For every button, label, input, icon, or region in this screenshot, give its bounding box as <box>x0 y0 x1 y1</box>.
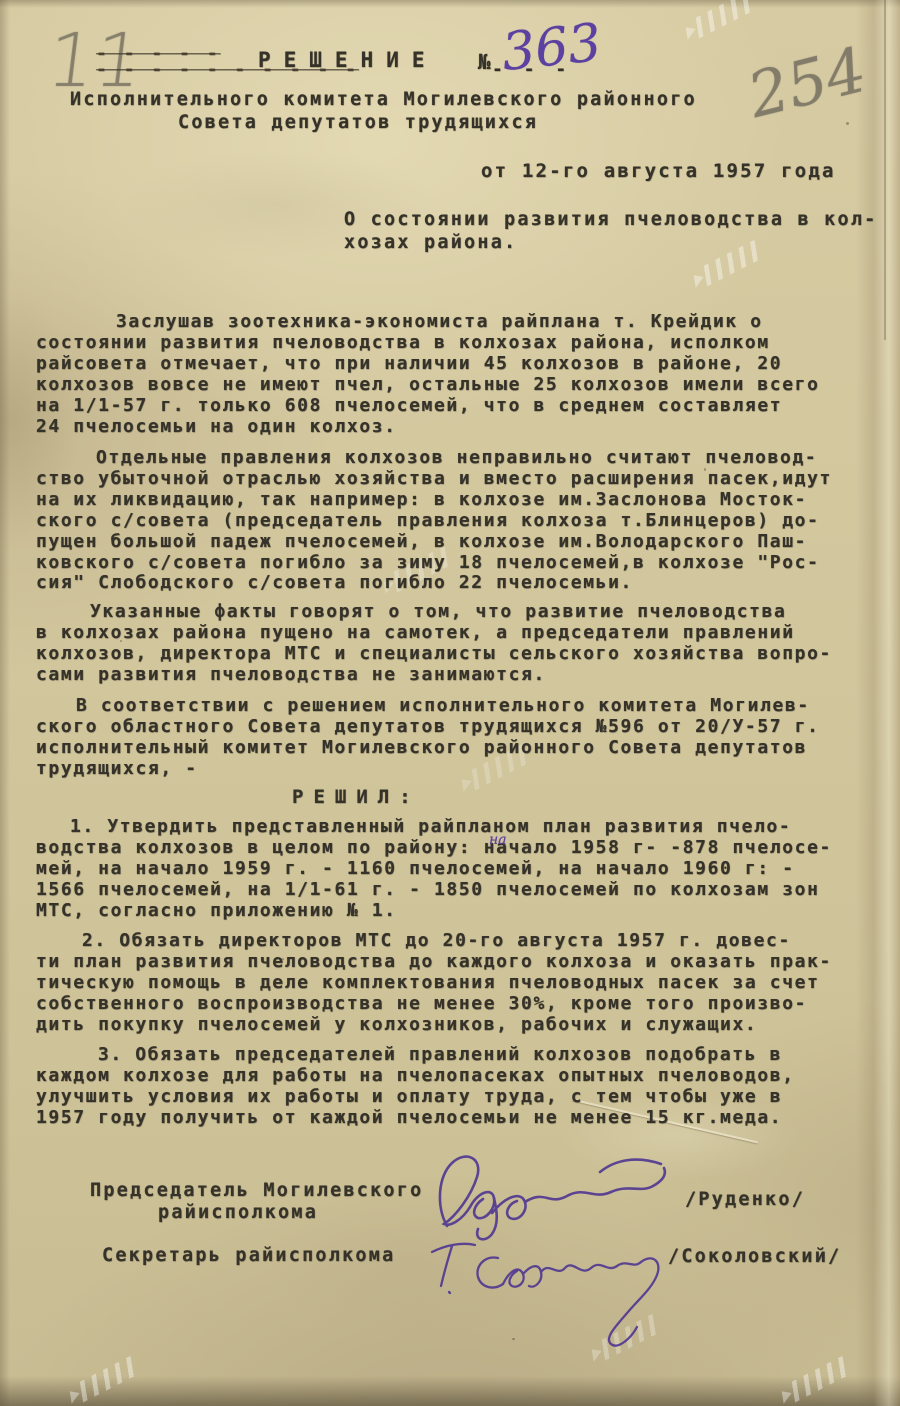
chairman-signature-script <box>440 1157 665 1240</box>
chairman-title-line-1: Председатель Могилевского <box>90 1181 423 1202</box>
page-crease-right <box>884 0 886 340</box>
document-page: 11 - - - - - - - - - - - - - - - РЕШЕНИЕ… <box>0 0 900 1406</box>
resolution-item-1: 1. Утвердить представленный райпланом пл… <box>36 817 892 922</box>
paper-speck <box>512 1338 515 1340</box>
handwritten-insertion: на <box>489 832 507 848</box>
paper-speck <box>846 122 849 125</box>
issuing-org-line-2: Совета депутатов трудящихся <box>178 113 538 134</box>
body-paragraph-1: Заслушав зоотехника-экономиста райплана … <box>36 312 892 437</box>
subject-line-1: О состоянии развития пчеловодства в кол- <box>344 210 878 231</box>
pencil-page-number: 254 <box>741 33 873 132</box>
page-edge-bottom <box>0 1376 900 1406</box>
decision-title: РЕШЕНИЕ <box>258 50 438 71</box>
decision-number-underline: - - - <box>492 60 571 81</box>
archive-watermark-icon <box>696 0 755 38</box>
decision-number-sign: № <box>478 52 493 73</box>
page-edge-top <box>0 0 900 8</box>
chairman-name: /Руденко/ <box>685 1190 805 1211</box>
resolution-heading: РЕШИЛ: <box>292 787 421 808</box>
body-paragraph-4: В соответствии с решением исполнительног… <box>36 696 892 780</box>
resolution-item-2: 2. Обязать директоров МТС до 20-го авгус… <box>36 931 892 1036</box>
chairman-title-line-2: райисполкома <box>158 1203 318 1224</box>
issuing-org-line-1: Исполнительного комитета Могилевского ра… <box>70 90 697 111</box>
date-line: от 12-го августа 1957 года <box>481 161 836 182</box>
archive-watermark-icon <box>792 1354 851 1403</box>
page-edge-left <box>0 0 10 1406</box>
archive-watermark-icon <box>602 1312 661 1361</box>
resolution-item-3: 3. Обязать председателей правлений колхо… <box>36 1045 892 1129</box>
secretary-title: Секретарь райисполкома <box>102 1246 395 1267</box>
body-paragraph-3: Указанные факты говорят о том, что разви… <box>36 602 892 686</box>
subject-line-2: хозах района. <box>344 233 517 254</box>
body-paragraph-2: Отдельные правления колхозов неправильно… <box>36 448 892 594</box>
archive-watermark-icon <box>80 1354 139 1403</box>
secretary-name: /Соколовский/ <box>668 1247 841 1268</box>
archive-watermark-icon <box>704 238 763 287</box>
